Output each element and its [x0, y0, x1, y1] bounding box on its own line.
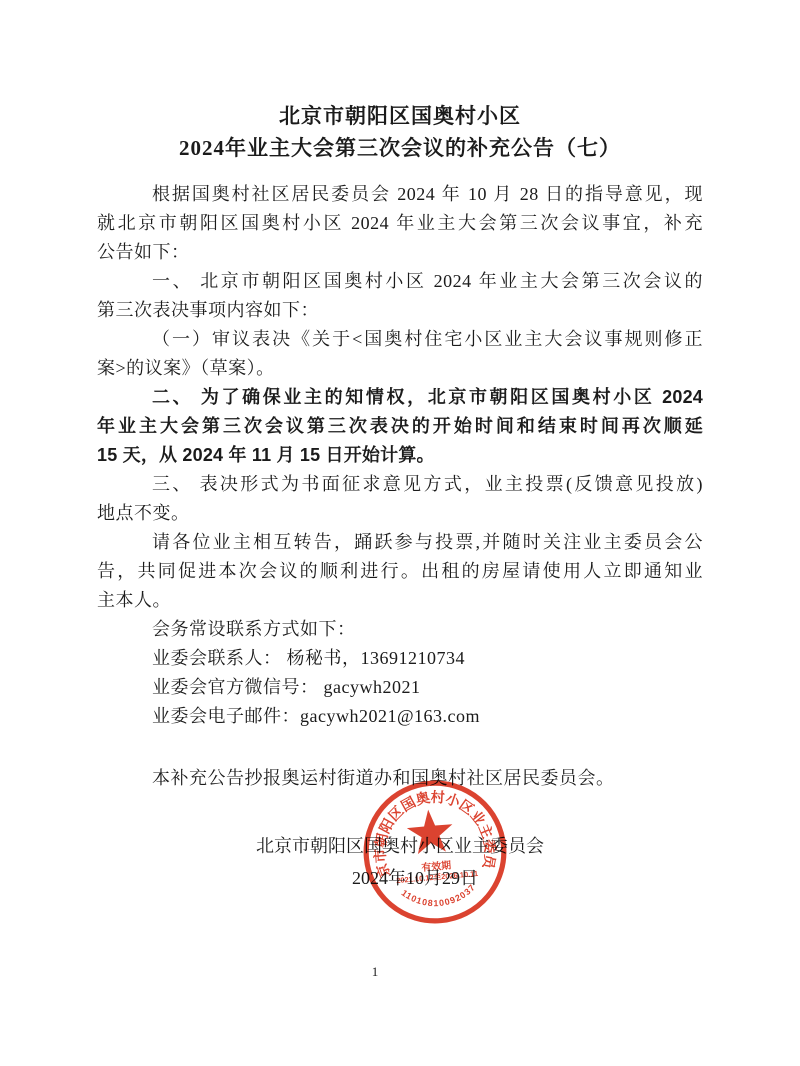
document-page: 北京市朝阳区国奥村小区 2024年业主大会第三次会议的补充公告（七） 根据国奥村… — [0, 0, 800, 1066]
document-body: 根据国奥村社区居民委员会 2024 年 10 月 28 日的指导意见，现就北京市… — [97, 180, 703, 793]
document-line: 会务常设联系方式如下： — [97, 615, 703, 644]
document-line: 就北京市朝阳区国奥村小区 2024 年业主大会第三次会议事宜，补充 — [97, 209, 703, 238]
document-title: 北京市朝阳区国奥村小区 2024年业主大会第三次会议的补充公告（七） — [97, 0, 703, 164]
document-line: 请各位业主相互转告，踊跃参与投票,并随时关注业主委员会公 — [97, 528, 703, 557]
page-number: 1 — [360, 964, 390, 980]
document-line: 第三次表决事项内容如下： — [97, 296, 703, 325]
document-line: 年业主大会第三次会议第三次表决的开始时间和结束时间再次顺延 — [97, 412, 703, 441]
document-line: 根据国奥村社区居民委员会 2024 年 10 月 28 日的指导意见，现 — [97, 180, 703, 209]
title-line-2: 2024年业主大会第三次会议的补充公告（七） — [97, 132, 703, 164]
official-seal: 北京市朝阳区国奥村小区业主委员会 有效期 2021.10.12至2026.10.… — [356, 773, 514, 931]
document-line: 15 天，从 2024 年 11 月 15 日开始计算。 — [97, 441, 703, 470]
star-icon — [405, 808, 454, 855]
document-line: 地点不变。 — [97, 499, 703, 528]
document-line: 二、 为了确保业主的知情权，北京市朝阳区国奥村小区 2024 — [97, 383, 703, 412]
document-line: 业委会官方微信号： gacywh2021 — [97, 673, 703, 702]
document-line: 一、 北京市朝阳区国奥村小区 2024 年业主大会第三次会议的 — [97, 267, 703, 296]
document-content: 北京市朝阳区国奥村小区 2024年业主大会第三次会议的补充公告（七） 根据国奥村… — [97, 0, 703, 894]
document-line: 业委会电子邮件：gacywh2021@163.com — [97, 702, 703, 731]
document-line: 主本人。 — [97, 586, 703, 615]
title-line-1: 北京市朝阳区国奥村小区 — [97, 100, 703, 132]
document-line: 业委会联系人： 杨秘书，13691210734 — [97, 644, 703, 673]
document-line: 三、 表决形式为书面征求意见方式，业主投票(反馈意见投放) — [97, 470, 703, 499]
document-line: 告，共同促进本次会议的顺利进行。出租的房屋请使用人立即通知业 — [97, 557, 703, 586]
document-line: 公告如下： — [97, 238, 703, 267]
document-line: （一）审议表决《关于<国奥村住宅小区业主大会议事规则修正 — [97, 325, 703, 354]
seal-serial-number: 11010810092037 — [399, 881, 479, 911]
document-line: 案>的议案》（草案）。 — [97, 354, 703, 383]
